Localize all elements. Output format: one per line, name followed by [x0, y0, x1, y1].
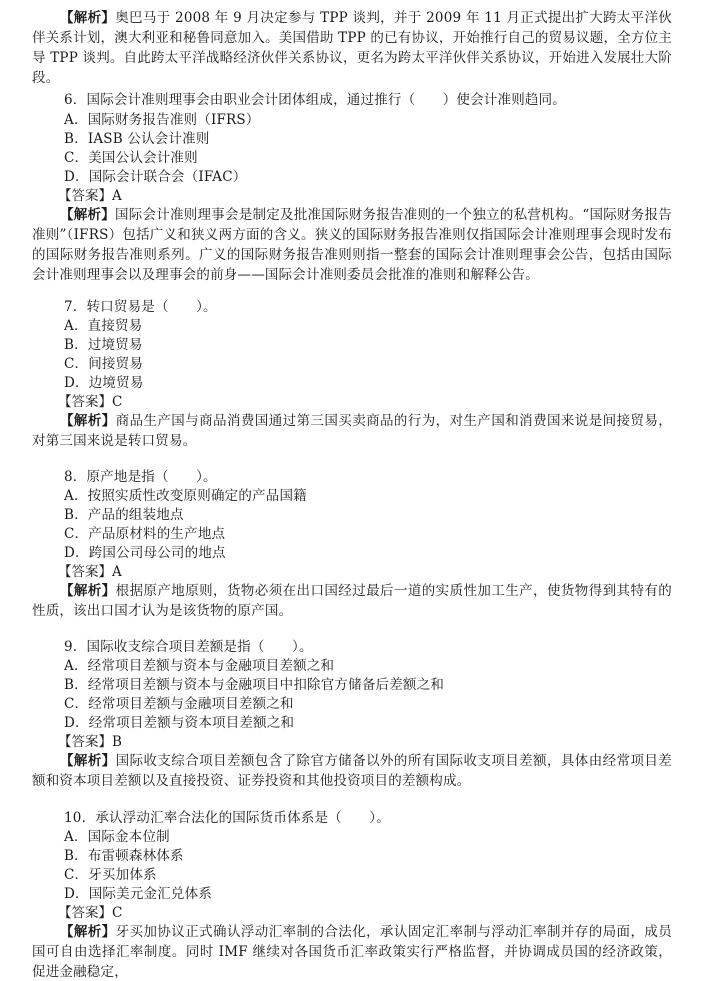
- analysis-text: 商品生产国与商品消费国通过第三国买卖商品的行为，对生产国和消费国来说是间接贸易，…: [32, 413, 672, 449]
- question-8-analysis: 【解析】根据原产地原则，货物必须在出口国经过最后一道的实质性加工生产，使货物得到…: [32, 581, 672, 621]
- question-6-analysis: 【解析】国际会计准则理事会是制定及批准国际财务报告准则的一个独立的私营机构。“国…: [32, 205, 672, 285]
- question-10-stem: 10．承认浮动汇率合法化的国际货币体系是（ ）。: [64, 808, 390, 828]
- question-6-answer: 【答案】A: [58, 186, 122, 206]
- analysis-text: 国际收支综合项目差额包含了除官方储备以外的所有国际收支项目差额，具体由经常项目差…: [32, 753, 672, 789]
- question-7-stem: 7．转口贸易是（ ）。: [64, 297, 217, 317]
- question-8-option-b: B．产品的组装地点: [64, 505, 184, 525]
- question-6-option-c: C．美国公认会计准则: [64, 148, 198, 168]
- question-10-option-b: B．布雷顿森林体系: [64, 846, 184, 866]
- analysis-tag: 【解析】: [60, 583, 116, 599]
- question-8-option-a: A．按照实质性改变原则确定的产品国籍: [64, 486, 307, 506]
- document-page: 【解析】奥巴马于 2008 年 9 月决定参与 TPP 谈判，并于 2009 年…: [0, 0, 707, 981]
- question-6-option-d: D．国际会计联合会（IFAC）: [64, 167, 246, 187]
- question-7-answer: 【答案】C: [58, 392, 122, 412]
- question-9-option-d: D．经常项目差额与资本项目差额之和: [64, 713, 294, 733]
- question-9-option-c: C．经常项目差额与金融项目差额之和: [64, 694, 294, 714]
- analysis-text: 牙买加协议正式确认浮动汇率制的合法化，承认固定汇率制与浮动汇率制并存的局面，成员…: [32, 924, 672, 980]
- question-7-option-b: B．过境贸易: [64, 335, 143, 355]
- question-8-option-c: C．产品原材料的生产地点: [64, 524, 225, 544]
- question-10-option-c: C．牙买加体系: [64, 865, 157, 885]
- analysis-tag: 【解析】: [60, 413, 116, 429]
- analysis-text: 奥巴马于 2008 年 9 月决定参与 TPP 谈判，并于 2009 年 11 …: [32, 10, 672, 86]
- question-6-option-a: A．国际财务报告准则（IFRS）: [64, 110, 260, 130]
- analysis-text: 根据原产地原则，货物必须在出口国经过最后一道的实质性加工生产，使货物得到其特有的…: [32, 583, 672, 619]
- question-6-option-b: B．IASB 公认会计准则: [64, 129, 210, 149]
- question-8-answer: 【答案】A: [58, 562, 122, 582]
- intro-analysis-paragraph: 【解析】奥巴马于 2008 年 9 月决定参与 TPP 谈判，并于 2009 年…: [32, 8, 672, 88]
- analysis-text: 国际会计准则理事会是制定及批准国际财务报告准则的一个独立的私营机构。“国际财务报…: [32, 207, 672, 283]
- analysis-tag: 【解析】: [60, 10, 115, 26]
- question-9-option-a: A．经常项目差额与资本与金融项目差额之和: [64, 656, 334, 676]
- question-8-stem: 8．原产地是指（ ）。: [64, 467, 217, 487]
- question-9-option-b: B．经常项目差额与资本与金融项目中扣除官方储备后差额之和: [64, 675, 444, 695]
- question-9-analysis: 【解析】国际收支综合项目差额包含了除官方储备以外的所有国际收支项目差额，具体由经…: [32, 751, 672, 791]
- question-10-analysis: 【解析】牙买加协议正式确认浮动汇率制的合法化，承认固定汇率制与浮动汇率制并存的局…: [32, 922, 672, 981]
- question-10-option-a: A．国际金本位制: [64, 827, 170, 847]
- question-9-stem: 9．国际收支综合项目差额是指（ ）。: [64, 637, 313, 657]
- analysis-tag: 【解析】: [60, 207, 115, 223]
- analysis-tag: 【解析】: [60, 753, 116, 769]
- question-10-option-d: D．国际美元金汇兑体系: [64, 884, 212, 904]
- question-9-answer: 【答案】B: [58, 732, 122, 752]
- analysis-tag: 【解析】: [60, 924, 116, 940]
- question-6-stem: 6．国际会计准则理事会由职业会计团体组成，通过推行（ ）使会计准则趋同。: [64, 90, 566, 110]
- question-10-answer: 【答案】C: [58, 903, 122, 923]
- question-7-option-c: C．间接贸易: [64, 354, 143, 374]
- question-8-option-d: D．跨国公司母公司的地点: [64, 543, 226, 563]
- question-7-analysis: 【解析】商品生产国与商品消费国通过第三国买卖商品的行为，对生产国和消费国来说是间…: [32, 411, 672, 451]
- question-7-option-d: D．边境贸易: [64, 373, 144, 393]
- question-7-option-a: A．直接贸易: [64, 316, 142, 336]
